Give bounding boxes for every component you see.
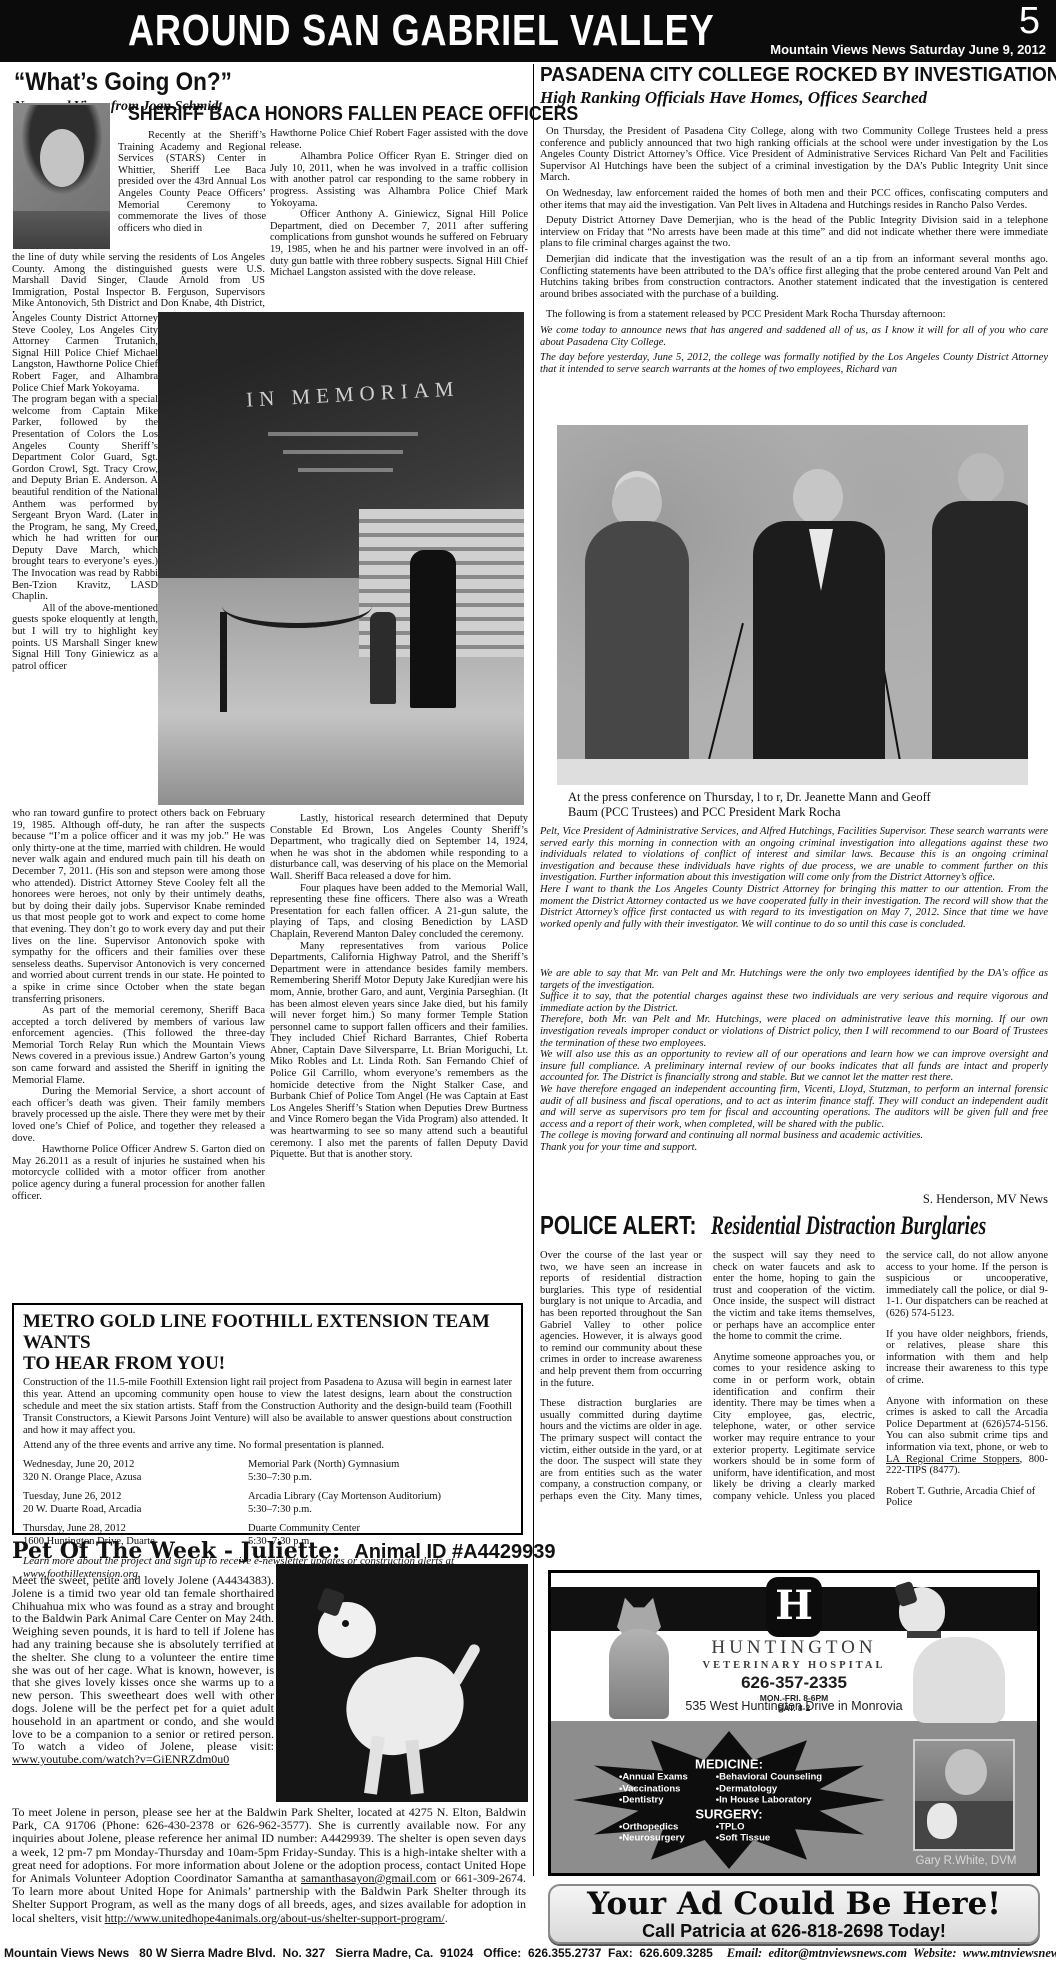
pet-text: Meet the sweet, petite and lovely Jolene…: [12, 1574, 274, 1753]
article-paragraph: On Thursday, the President of Pasadena C…: [540, 126, 1048, 184]
article-paragraph: The following is from a statement releas…: [540, 309, 1048, 321]
whats-going-on-title: “What’s Going On?”: [14, 68, 232, 97]
article-paragraph: the line of duty while serving the resid…: [12, 252, 265, 313]
police-alert-label: POLICE ALERT:: [540, 1210, 696, 1241]
metro-event-venue: Duarte Community Center: [248, 1523, 360, 1536]
huntington-vet-ad[interactable]: H HUNTINGTON VETERINARY HOSPITAL 626-357…: [548, 1570, 1040, 1876]
joan-schmidt-photo: [13, 103, 110, 249]
article-paragraph: Recently at the Sheriff’s Training Acade…: [118, 130, 266, 234]
service-item: •Annual Exams: [619, 1771, 716, 1783]
pcc-article-headline: PASADENA CITY COLLEGE ROCKED BY INVESTIG…: [540, 64, 1056, 87]
pet-animal-id: Animal ID #A4429939: [354, 1541, 555, 1563]
ad-dog-collar-shape: [907, 1631, 941, 1638]
service-item: •Behavioral Counseling: [716, 1771, 822, 1783]
plaque-text-line: [298, 468, 393, 472]
article-paragraph: The program began with a special welcome…: [12, 394, 158, 603]
medicine-label: MEDICINE:: [619, 1756, 839, 1771]
sheriff-article-headline: SHERIFF BACA HONORS FALLEN PEACE OFFICER…: [128, 103, 578, 126]
metro-event-row: Wednesday, June 20, 2012 320 N. Orange P…: [23, 1459, 512, 1484]
newspaper-page: AROUND SAN GABRIEL VALLEY 5 Mountain Vie…: [0, 0, 1056, 1961]
article-paragraph: who ran toward gunfire to protect others…: [12, 808, 265, 1005]
metro-paragraph: Attend any of the three events and arriv…: [23, 1440, 512, 1452]
pcc-byline: S. Henderson, MV News: [740, 1192, 1048, 1207]
jolene-photo: [276, 1564, 528, 1802]
sheriff-col1-top: Recently at the Sheriff’s Training Acade…: [118, 130, 266, 252]
sheriff-col1-bottom: who ran toward gunfire to protect others…: [12, 808, 265, 1248]
man-silhouette: [410, 550, 456, 708]
article-paragraph: As part of the memorial ceremony, Sherif…: [12, 1005, 265, 1086]
police-paragraph: If you have older neighbors, friends, or…: [886, 1329, 1048, 1387]
statement-paragraph: Suffice it to say, that the potential ch…: [540, 991, 1048, 1014]
vet-caption: Gary R.White, DVM: [901, 1855, 1031, 1867]
youtube-link[interactable]: www.youtube.com/watch?v=GiENRZdm0u0: [12, 1752, 229, 1766]
article-paragraph: Alhambra Police Officer Ryan E. Stringer…: [270, 151, 528, 209]
pet-paragraph-1: Meet the sweet, petite and lovely Jolene…: [12, 1574, 274, 1802]
metro-event-address: 20 W. Duarte Road, Arcadia: [23, 1504, 248, 1517]
crime-stoppers-link[interactable]: LA Regional Crime Stoppers: [886, 1454, 1020, 1465]
memorial-ceremony-photo: IN MEMORIAM: [158, 312, 524, 805]
metro-title-line2: TO HEAR FROM YOU!: [23, 1353, 512, 1374]
masthead-title: AROUND SAN GABRIEL VALLEY: [128, 6, 714, 56]
trustee-silhouette: [585, 521, 689, 785]
caption-line: Baum (PCC Trustees) and PCC President Ma…: [568, 805, 1023, 820]
service-item: •Dermatology: [716, 1783, 822, 1795]
hospital-name: HUNTINGTON: [691, 1637, 897, 1659]
metro-event-address: 320 N. Orange Place, Azusa: [23, 1472, 248, 1485]
police-paragraph: Over the course of the last year or two,…: [540, 1250, 702, 1389]
pcc-statement-part3: We are able to say that Mr. van Pelt and…: [540, 968, 1048, 1190]
press-photo-caption: At the press conference on Thursday, l t…: [568, 790, 1023, 820]
article-paragraph: Lastly, historical research determined t…: [270, 813, 528, 883]
plaque-text-line: [283, 450, 403, 454]
service-item: •Vaccinations: [619, 1783, 716, 1795]
police-paragraph: Anyone with information on these crimes …: [886, 1396, 1048, 1477]
column-divider: [533, 64, 534, 1876]
statement-paragraph: We come today to announce news that has …: [540, 325, 1048, 348]
press-conference-photo: [557, 425, 1028, 785]
pet-title: Pet Of The Week - Juliette:: [12, 1538, 340, 1564]
services-list: MEDICINE: •Annual Exams •Vaccinations •D…: [619, 1756, 839, 1844]
pet-paragraph-2: To meet Jolene in person, please see her…: [12, 1806, 526, 1942]
metro-title-line1: METRO GOLD LINE FOOTHILL EXTENSION TEAM …: [23, 1311, 512, 1353]
statement-paragraph: Pelt, Vice President of Administrative S…: [540, 826, 1048, 884]
service-item: •Neurosurgery: [619, 1832, 716, 1844]
sheriff-col1-mid: the line of duty while serving the resid…: [12, 252, 265, 313]
page-footer: Mountain Views News 80 W Sierra Madre Bl…: [4, 1944, 1054, 1961]
service-item: •In House Laboratory: [716, 1794, 822, 1806]
footer-contact-info: Mountain Views News 80 W Sierra Madre Bl…: [4, 1946, 713, 1960]
unitedhope-link[interactable]: http://www.unitedhope4animals.org/about-…: [105, 1911, 445, 1925]
metro-event-date: Wednesday, June 20, 2012: [23, 1459, 248, 1472]
banner-strip-shape: [557, 759, 1028, 785]
email-link[interactable]: samanthasayon@gmail.com: [301, 1871, 436, 1885]
article-paragraph: All of the above-mentioned guests spoke …: [12, 603, 158, 673]
metro-paragraph: Construction of the 11.5-mile Foothill E…: [23, 1377, 512, 1437]
sheriff-col2-top: Hawthorne Police Chief Robert Fager assi…: [270, 128, 528, 311]
pet-of-week-heading: Pet Of The Week - Juliette: Animal ID #A…: [12, 1538, 555, 1564]
statement-paragraph: Therefore, both Mr. van Pelt and Mr. Hut…: [540, 1014, 1048, 1049]
police-alert-body: Over the course of the last year or two,…: [540, 1250, 1048, 1562]
article-paragraph: Four plaques have been added to the Memo…: [270, 883, 528, 941]
metro-event-date: Tuesday, June 26, 2012: [23, 1491, 248, 1504]
pet-text: .: [445, 1911, 448, 1925]
vet-photo: [913, 1739, 1015, 1851]
child-silhouette: [370, 612, 396, 704]
surgery-col1: •Orthopedics •Neurosurgery: [619, 1821, 716, 1844]
stanchion-rope-shape: [222, 584, 372, 628]
article-paragraph: During the Memorial Service, a short acc…: [12, 1086, 265, 1144]
statement-paragraph: The college is moving forward and contin…: [540, 1130, 1048, 1142]
medicine-col1: •Annual Exams •Vaccinations •Dentistry: [619, 1771, 716, 1806]
metro-event-time: 5:30–7:30 p.m.: [248, 1504, 441, 1517]
statement-paragraph: We are able to say that Mr. van Pelt and…: [540, 968, 1048, 991]
article-paragraph: Demerjian did indicate that the investig…: [540, 254, 1048, 300]
surgery-label: SURGERY:: [619, 1806, 839, 1821]
metro-event-venue-block: Arcadia Library (Cay Mortenson Auditoriu…: [248, 1491, 441, 1516]
photo-face-shape: [40, 129, 84, 187]
hospital-subname: VETERINARY HOSPITAL: [691, 1660, 897, 1671]
caption-line: At the press conference on Thursday, l t…: [568, 790, 1023, 805]
footer-email-website: Email: editor@mtnviewsnews.com Website: …: [727, 1946, 1056, 1960]
statement-paragraph: We will also use this as an opportunity …: [540, 1049, 1048, 1084]
medicine-col2: •Behavioral Counseling •Dermatology •In …: [716, 1771, 822, 1806]
metro-gold-line-box: METRO GOLD LINE FOOTHILL EXTENSION TEAM …: [12, 1303, 523, 1535]
photo-body-shape: [13, 211, 110, 249]
service-item: •Orthopedics: [619, 1821, 716, 1833]
hospital-phone: 626-357-2335: [691, 1673, 897, 1693]
trustee2-silhouette: [932, 501, 1028, 785]
your-ad-call-line: Call Patricia at 626-818-2698 Today!: [550, 1921, 1038, 1941]
vet-cat-shape: [927, 1803, 957, 1839]
dog-eye-shape: [342, 1620, 349, 1627]
metro-event-datetime: Tuesday, June 26, 2012 20 W. Duarte Road…: [23, 1491, 248, 1516]
surgery-columns: •Orthopedics •Neurosurgery •TPLO •Soft T…: [619, 1821, 839, 1844]
metro-event-time: 5:30–7:30 p.m.: [248, 1472, 399, 1485]
statement-paragraph: The day before yesterday, June 5, 2012, …: [540, 352, 1048, 375]
article-paragraph: Deputy District Attorney Dave Demerjian,…: [540, 215, 1048, 250]
article-paragraph: Angeles County District Attorney Steve C…: [12, 313, 158, 394]
sheriff-col1-narrow: Angeles County District Attorney Steve C…: [12, 313, 158, 805]
stanchion-post-shape: [220, 612, 227, 712]
article-paragraph: On Wednesday, law enforcement raided the…: [540, 188, 1048, 211]
your-ad-headline: Your Ad Could Be Here!: [550, 1888, 1038, 1921]
vet-head-shape: [945, 1749, 987, 1795]
service-item: •Dentistry: [619, 1794, 716, 1806]
huntington-logo-icon: H: [766, 1577, 822, 1637]
surgery-col2: •TPLO •Soft Tissue: [716, 1821, 770, 1844]
microphone-stand-shape: [708, 623, 744, 759]
hospital-address: 535 West Huntington Drive in Monrovia: [551, 1699, 1037, 1713]
article-paragraph: Hawthorne Police Chief Robert Fager assi…: [270, 128, 528, 151]
trustee2-head-shape: [958, 453, 1004, 503]
pcc-article-body: On Thursday, the President of Pasadena C…: [540, 122, 1048, 422]
article-paragraph: Many representatives from various Police…: [270, 941, 528, 1161]
metro-event-venue-block: Memorial Park (North) Gymnasium 5:30–7:3…: [248, 1459, 399, 1484]
metro-event-venue: Memorial Park (North) Gymnasium: [248, 1459, 399, 1472]
police-signature: Robert T. Guthrie, Arcadia Chief of Poli…: [886, 1486, 1048, 1509]
metro-event-date: Thursday, June 28, 2012: [23, 1523, 248, 1536]
masthead-bar: AROUND SAN GABRIEL VALLEY 5 Mountain Vie…: [0, 0, 1056, 62]
page-number: 5: [1019, 0, 1040, 43]
statement-paragraph: Thank you for your time and support.: [540, 1142, 1048, 1154]
medicine-columns: •Annual Exams •Vaccinations •Dentistry •…: [619, 1771, 839, 1806]
statement-paragraph: We have therefore engaged an independent…: [540, 1084, 1048, 1130]
plaque-text-line: [268, 432, 418, 436]
metro-event-venue: Arcadia Library (Cay Mortenson Auditoriu…: [248, 1491, 441, 1504]
president-head-shape: [793, 469, 843, 525]
police-text: Anyone with information on these crimes …: [886, 1396, 1048, 1453]
pcc-article-subhead: High Ranking Officials Have Homes, Offic…: [540, 88, 927, 108]
metro-event-datetime: Wednesday, June 20, 2012 320 N. Orange P…: [23, 1459, 248, 1484]
police-alert-heading: POLICE ALERT: Residential Distraction Bu…: [540, 1210, 1056, 1241]
sheriff-col2-bottom: Lastly, historical research determined t…: [270, 813, 528, 1247]
police-alert-title: Residential Distraction Burglaries: [711, 1211, 986, 1241]
service-item: •Soft Tissue: [716, 1832, 770, 1844]
pcc-statement-part2: Pelt, Vice President of Administrative S…: [540, 826, 1048, 966]
metro-event-row: Tuesday, June 26, 2012 20 W. Duarte Road…: [23, 1491, 512, 1516]
service-item: •TPLO: [716, 1821, 770, 1833]
article-paragraph: Officer Anthony A. Giniewicz, Signal Hil…: [270, 209, 528, 279]
article-paragraph: Hawthorne Police Officer Andrew S. Garto…: [12, 1144, 265, 1202]
dateline: Mountain Views News Saturday June 9, 201…: [770, 42, 1046, 57]
your-ad-box[interactable]: Your Ad Could Be Here! Call Patricia at …: [548, 1884, 1040, 1944]
statement-paragraph: Here I want to thank the Los Angeles Cou…: [540, 884, 1048, 930]
